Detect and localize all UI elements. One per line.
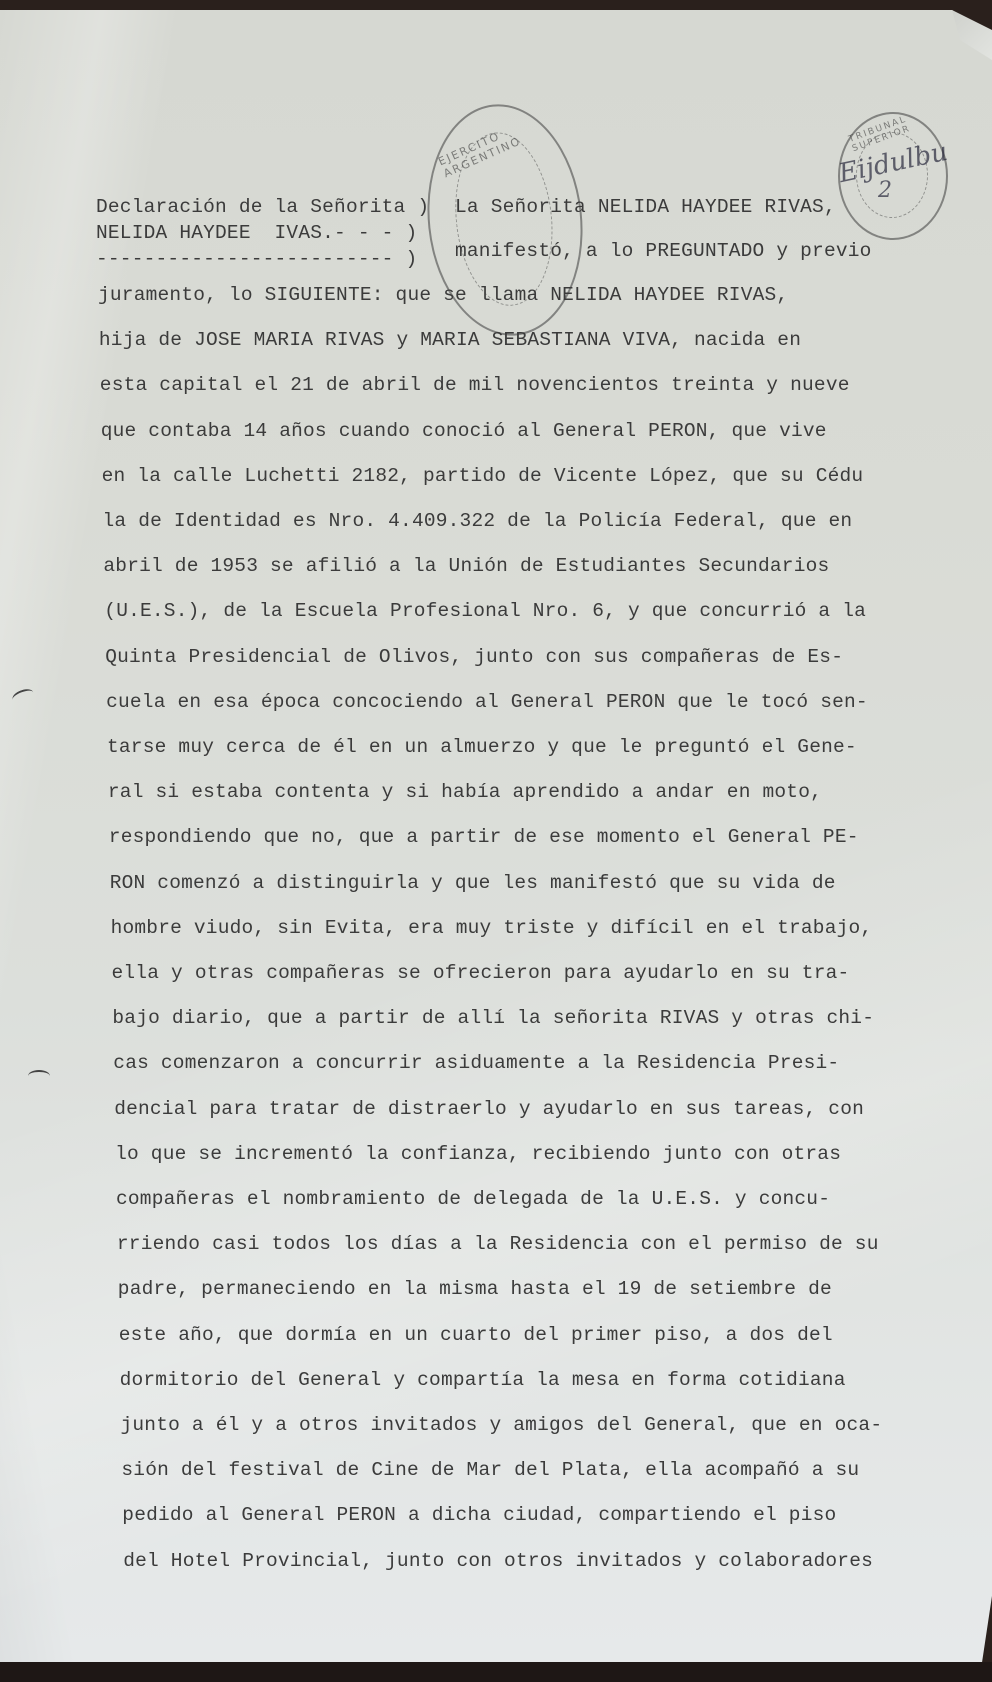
margin-mark (28, 1070, 50, 1082)
heading-line-2: NELIDA HAYDEE IVAS.- - - ) (96, 222, 417, 244)
declaration-line: (U.E.S.), de la Escuela Profesional Nro.… (104, 600, 866, 622)
declaration-line: compañeras el nombramiento de delegada d… (116, 1188, 830, 1210)
declaration-line: cuela en esa época concociendo al Genera… (106, 691, 868, 713)
declaration-line: rriendo casi todos los días a la Residen… (117, 1233, 879, 1255)
margin-mark (11, 687, 36, 706)
declaration-line: La Señorita NELIDA HAYDEE RIVAS, (455, 196, 836, 218)
declaration-line: lo que se incrementó la confianza, recib… (115, 1143, 841, 1165)
declaration-line: ella y otras compañeras se ofrecieron pa… (112, 962, 850, 984)
declaration-line: cas comenzaron a concurrir asiduamente a… (113, 1052, 839, 1074)
declaration-line: respondiendo que no, que a partir de ese… (109, 826, 859, 848)
document-page: Declaración de la Señorita ) NELIDA HAYD… (0, 10, 992, 1662)
declaration-line: del Hotel Provincial, junto con otros in… (123, 1550, 873, 1572)
declaration-line: dencial para tratar de distraerlo y ayud… (114, 1098, 864, 1120)
heading-line-3: ------------------------- ) (96, 248, 417, 270)
declaration-line: padre, permaneciendo en la misma hasta e… (118, 1278, 832, 1300)
declaration-line: este año, que dormía en un cuarto del pr… (119, 1324, 833, 1346)
declaration-line: tarse muy cerca de él en un almuerzo y q… (107, 736, 857, 758)
declaration-line: RON comenzó a distinguirla y que les man… (110, 872, 836, 894)
declaration-line: manifestó, a lo PREGUNTADO y previo (455, 240, 872, 262)
declaration-line: bajo diario, que a partir de allí la señ… (112, 1007, 874, 1029)
declaration-line: pedido al General PERON a dicha ciudad, … (122, 1504, 836, 1526)
table-surface (0, 1662, 992, 1682)
declaration-line: hombre viudo, sin Evita, era muy triste … (111, 917, 873, 939)
heading-line-1: Declaración de la Señorita ) (96, 196, 429, 218)
declaration-line: juramento, lo SIGUIENTE: que se llama NE… (98, 284, 788, 306)
declaration-line: en la calle Luchetti 2182, partido de Vi… (102, 465, 864, 487)
declaration-line: esta capital el 21 de abril de mil noven… (100, 374, 850, 396)
declaration-line: sión del festival de Cine de Mar del Pla… (121, 1459, 859, 1481)
declaration-line: hija de JOSE MARIA RIVAS y MARIA SEBASTI… (99, 329, 801, 351)
declaration-line: la de Identidad es Nro. 4.409.322 de la … (103, 510, 853, 532)
page-number: 2 (878, 178, 892, 203)
declaration-line: ral si estaba contenta y si había aprend… (108, 781, 822, 803)
declaration-line: dormitorio del General y compartía la me… (120, 1369, 846, 1391)
declaration-line: abril de 1953 se afilió a la Unión de Es… (103, 555, 829, 577)
declaration-line: junto a él y a otros invitados y amigos … (121, 1414, 883, 1436)
declaration-line: que contaba 14 años cuando conoció al Ge… (101, 420, 827, 442)
declaration-line: Quinta Presidencial de Olivos, junto con… (105, 646, 843, 668)
army-stamp: EJERCITO ARGENTINO (416, 97, 593, 344)
